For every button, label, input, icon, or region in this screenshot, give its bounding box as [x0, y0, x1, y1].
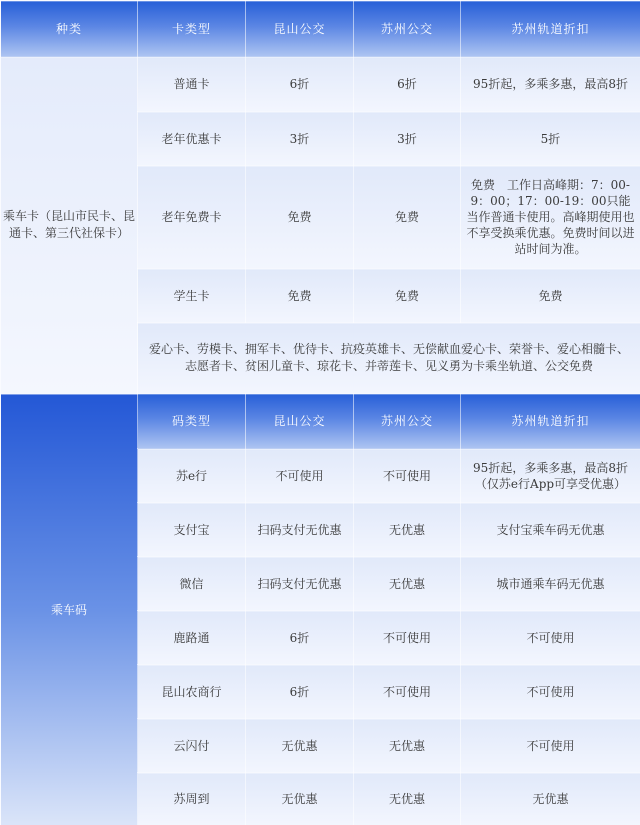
code-type-cell: 微信: [138, 557, 246, 611]
special-cards-note: 爱心卡、劳模卡、拥军卡、优待卡、抗疫英雄卡、无偿献血爱心卡、荣誉卡、爱心相髓卡、…: [138, 323, 640, 394]
suzhou-bus-cell: 无优惠: [354, 503, 461, 557]
kunshan-bus-cell: 6折: [246, 665, 354, 719]
card-type-cell: 老年优惠卡: [138, 112, 246, 166]
suzhou-metro-cell: 城市通乘车码无优惠: [461, 557, 640, 611]
suzhou-metro-cell: 支付宝乘车码无优惠: [461, 503, 640, 557]
code-header-row: 乘车码 码类型 昆山公交 苏州公交 苏州轨道折扣: [1, 394, 640, 449]
suzhou-bus-cell: 免费: [354, 166, 461, 269]
card-type-cell: 学生卡: [138, 269, 246, 323]
code-type-cell: 支付宝: [138, 503, 246, 557]
suzhou-bus-cell: 无优惠: [354, 773, 461, 825]
suzhou-bus-header: 苏州公交: [354, 1, 461, 57]
code-type-cell: 昆山农商行: [138, 665, 246, 719]
suzhou-bus-cell: 不可使用: [354, 611, 461, 665]
code-type-cell: 苏e行: [138, 449, 246, 503]
code-type-header: 码类型: [138, 394, 246, 449]
suzhou-metro-cell: 95折起，多乘多惠，最高8折: [461, 57, 640, 112]
suzhou-metro-cell: 不可使用: [461, 611, 640, 665]
suzhou-bus-cell: 无优惠: [354, 719, 461, 773]
suzhou-bus-header: 苏州公交: [354, 394, 461, 449]
code-type-cell: 鹿路通: [138, 611, 246, 665]
suzhou-metro-cell: 5折: [461, 112, 640, 166]
card-type-cell: 老年免费卡: [138, 166, 246, 269]
kunshan-bus-cell: 6折: [246, 57, 354, 112]
kunshan-bus-cell: 扫码支付无优惠: [246, 503, 354, 557]
card-header-row: 种类 卡类型 昆山公交 苏州公交 苏州轨道折扣: [1, 1, 640, 57]
suzhou-bus-cell: 免费: [354, 269, 461, 323]
suzhou-metro-cell: 免费 工作日高峰期：7：00-9：00；17：00-19：00只能当作普通卡使用…: [461, 166, 640, 269]
suzhou-bus-cell: 6折: [354, 57, 461, 112]
card-type-header: 卡类型: [138, 1, 246, 57]
kunshan-bus-header: 昆山公交: [246, 1, 354, 57]
suzhou-metro-cell: 免费: [461, 269, 640, 323]
kunshan-bus-cell: 不可使用: [246, 449, 354, 503]
kunshan-bus-cell: 免费: [246, 269, 354, 323]
kunshan-bus-cell: 3折: [246, 112, 354, 166]
suzhou-bus-cell: 3折: [354, 112, 461, 166]
suzhou-bus-cell: 不可使用: [354, 665, 461, 719]
suzhou-bus-cell: 不可使用: [354, 449, 461, 503]
table-row: 乘车卡（昆山市民卡、昆通卡、第三代社保卡） 普通卡 6折 6折 95折起，多乘多…: [1, 57, 640, 112]
kunshan-bus-header: 昆山公交: [246, 394, 354, 449]
kunshan-bus-cell: 无优惠: [246, 719, 354, 773]
kunshan-bus-cell: 扫码支付无优惠: [246, 557, 354, 611]
card-type-cell: 普通卡: [138, 57, 246, 112]
suzhou-bus-cell: 无优惠: [354, 557, 461, 611]
suzhou-metro-cell: 95折起，多乘多惠，最高8折（仅苏e行App可享受优惠）: [461, 449, 640, 503]
kunshan-bus-cell: 6折: [246, 611, 354, 665]
fare-comparison-table: 种类 卡类型 昆山公交 苏州公交 苏州轨道折扣 乘车卡（昆山市民卡、昆通卡、第三…: [0, 0, 640, 825]
category-card-label: 乘车卡（昆山市民卡、昆通卡、第三代社保卡）: [1, 57, 138, 394]
kunshan-bus-cell: 无优惠: [246, 773, 354, 825]
code-type-cell: 云闪付: [138, 719, 246, 773]
suzhou-metro-header: 苏州轨道折扣: [461, 1, 640, 57]
kunshan-bus-cell: 免费: [246, 166, 354, 269]
category-column-header: 种类: [1, 1, 138, 57]
suzhou-metro-cell: 无优惠: [461, 773, 640, 825]
category-code-label: 乘车码: [1, 394, 138, 825]
code-type-cell: 苏周到: [138, 773, 246, 825]
suzhou-metro-header: 苏州轨道折扣: [461, 394, 640, 449]
suzhou-metro-cell: 不可使用: [461, 665, 640, 719]
suzhou-metro-cell: 不可使用: [461, 719, 640, 773]
